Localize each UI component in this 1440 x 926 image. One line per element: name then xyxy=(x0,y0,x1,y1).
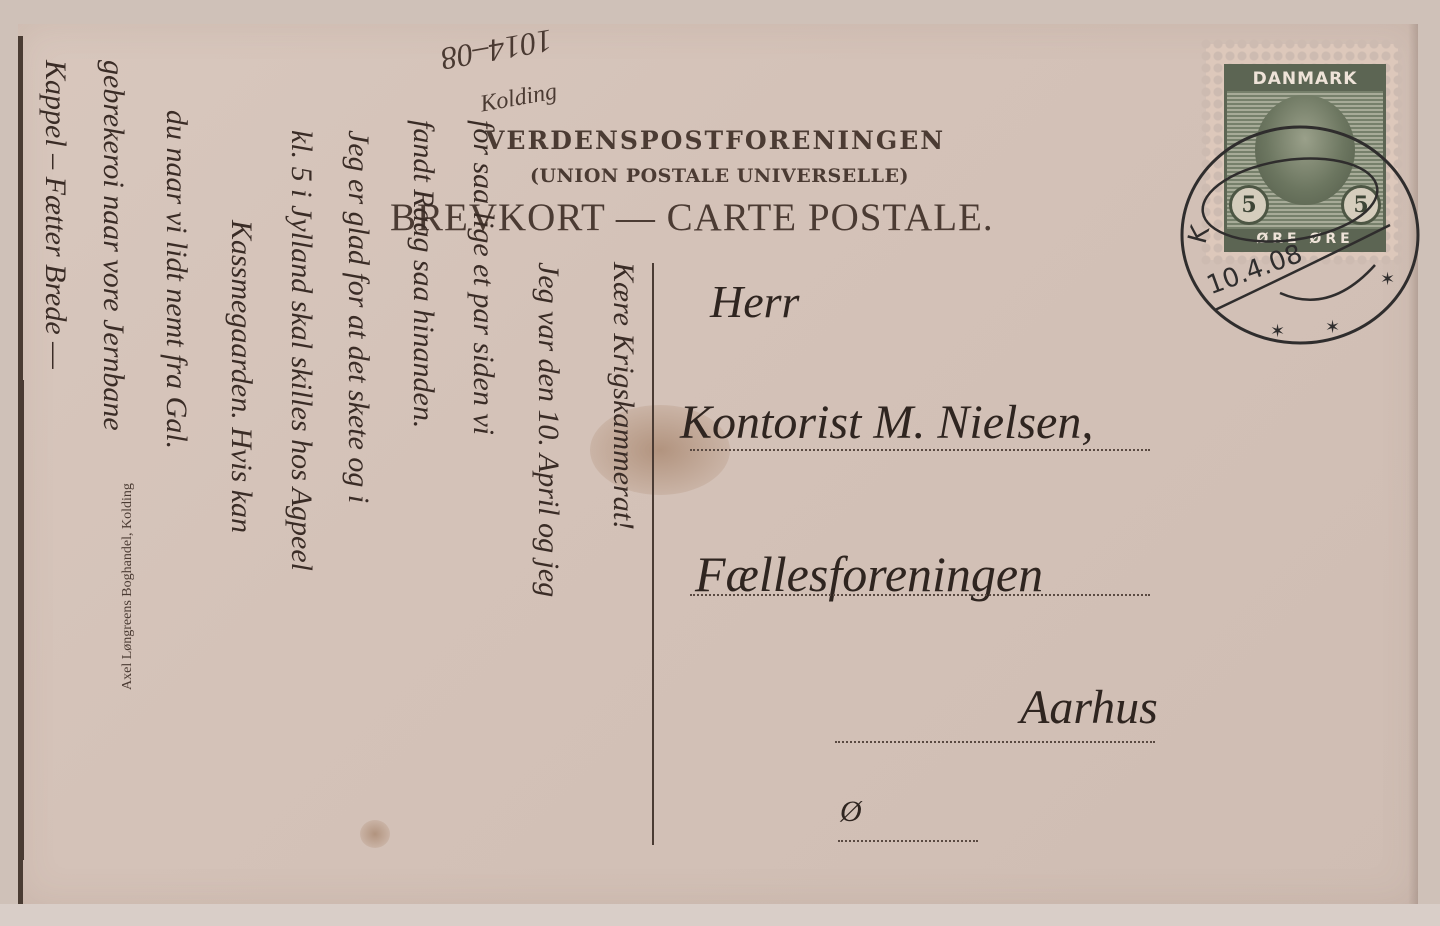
svg-text:✶: ✶ xyxy=(1380,269,1395,290)
stain xyxy=(360,820,390,848)
background-strip xyxy=(0,904,1440,926)
address-salutation: Herr xyxy=(710,275,799,328)
address-line-4 xyxy=(838,840,978,842)
svg-text:✶: ✶ xyxy=(1325,317,1340,338)
message-line: Kære Krigskammerat! xyxy=(606,262,640,530)
header-union-subtitle: (UNION POSTALE UNIVERSELLE) xyxy=(530,165,909,187)
header-union-title: VERDENSPOSTFORENINGEN xyxy=(485,126,945,155)
postmark-icon: ✶ ✶ ✶ K xyxy=(1160,115,1420,345)
message-line: kl. 5 i Jylland skal skilles hos Agpeel xyxy=(284,130,318,571)
stamp-country: DANMARK xyxy=(1227,67,1383,91)
address-line-3 xyxy=(835,741,1155,743)
address-line-1 xyxy=(690,449,1150,451)
message-line: gebrekeroi naar vore Jernbane xyxy=(96,60,130,431)
message-line: fandt Raag saa hinanden. xyxy=(406,120,440,428)
message-line: Jeg var den 10. April og jeg xyxy=(531,262,565,597)
address-city: Aarhus xyxy=(1020,680,1158,735)
address-name: Kontorist M. Nielsen, xyxy=(680,395,1093,450)
message-line: Jeg er glad for at det skete og i xyxy=(341,130,375,503)
message-line: du naar vi lidt nemt fra Gal. xyxy=(159,110,193,449)
left-rule xyxy=(22,380,24,860)
svg-text:✶: ✶ xyxy=(1270,321,1285,342)
center-divider xyxy=(652,263,654,845)
address-extra: Ø xyxy=(840,795,862,829)
address-line-2 xyxy=(690,594,1150,596)
publisher-imprint: Axel Løngreens Boghandel, Kolding xyxy=(120,483,136,690)
message-line: Kassmegaarden. Hvis kan xyxy=(224,220,258,533)
message-line: Kappel – Fætter Brede — xyxy=(38,60,72,369)
message-line: for saa lige et par siden vi xyxy=(466,120,500,435)
